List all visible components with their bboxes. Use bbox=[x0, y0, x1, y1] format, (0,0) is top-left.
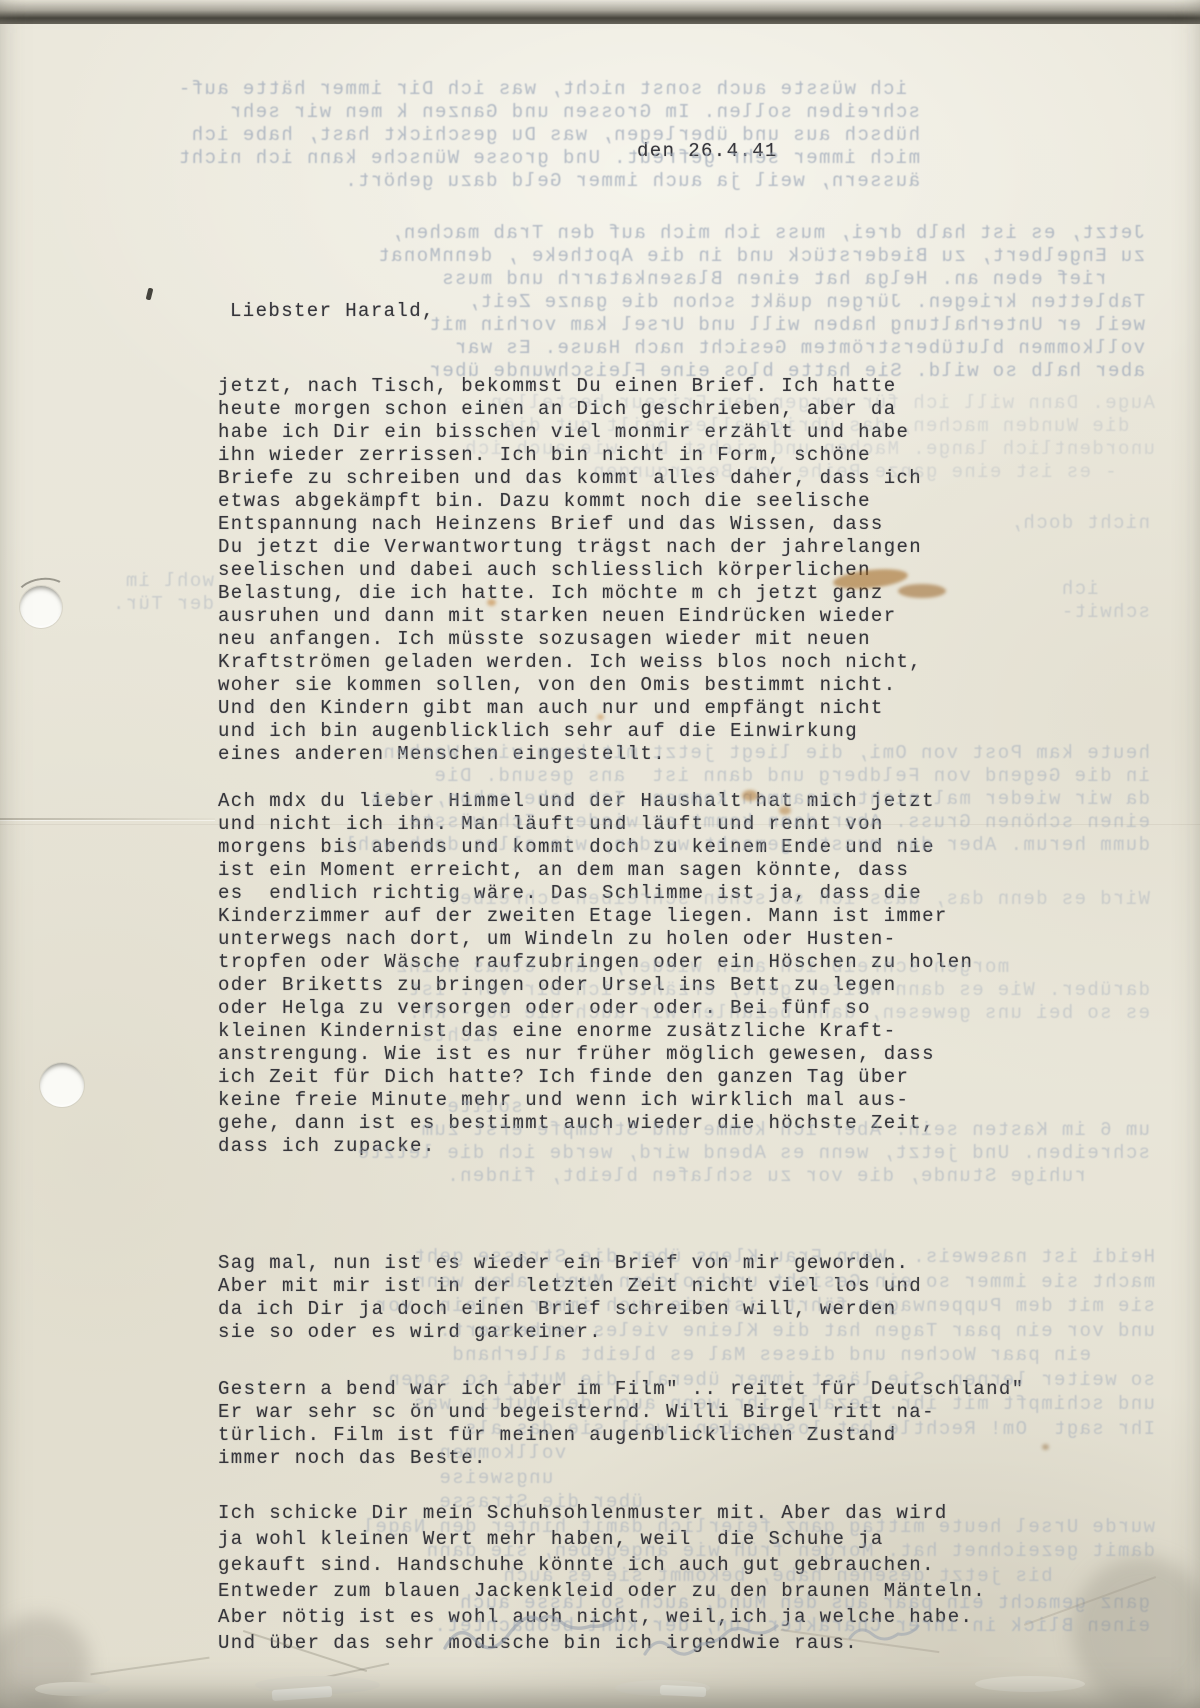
bleedthrough-block-5: wohl imder Tür. bbox=[84, 570, 214, 616]
letter-line: aber halb so wild. Sie hatte blos eine F… bbox=[60, 360, 1145, 383]
letter-line: schreiben. Und jetzt, wenn es Abend wird… bbox=[220, 1142, 1150, 1165]
letter-line: macht sie immer so ein Gesicht und solch… bbox=[215, 1270, 1155, 1295]
bleedthrough-block-7: heute kam Post von Omi, die liegt jetzt … bbox=[58, 742, 1150, 857]
letter-line: um 6 im Kasten sein. Aber ich komme und … bbox=[220, 1119, 1150, 1142]
bleedthrough-block-3: Auge. Dann will ich für morgen den Frise… bbox=[210, 392, 1155, 484]
rust-stain-dot-3 bbox=[487, 599, 496, 606]
letter-line: ungsweise bbox=[215, 1466, 1155, 1491]
letter-line: Kraftströmen geladen werden. Ich weiss b… bbox=[218, 651, 922, 674]
bleedthrough-block-10: sollteum 6 im Kasten sein. Aber ich komm… bbox=[220, 1096, 1150, 1188]
letter-line: woher sie kommen sollen, von den Omis be… bbox=[218, 674, 922, 697]
letter-line: dumm herum. Aber das musste gemacht werd… bbox=[58, 834, 1150, 857]
letter-line: Auge. Dann will ich für morgen den Frise… bbox=[210, 392, 1155, 415]
rust-stain-dot-2 bbox=[779, 806, 791, 815]
letter-line: und vor ein paar Tagen hat die Kleine vi… bbox=[215, 1319, 1155, 1344]
letter-line: die Wunden machen, das übrige alles heil… bbox=[210, 415, 1155, 438]
letter-line: schreiben sollen. Im Grossen und Ganzen … bbox=[80, 101, 920, 124]
letter-line: morgen schreib ich auch wieder, dann etw… bbox=[300, 956, 1150, 979]
letter-line: Und den Kindern gibt man auch nur und em… bbox=[218, 697, 922, 720]
letter-line: Tabletten kriegen. Jürgen quäkt schon di… bbox=[60, 291, 1145, 314]
bleedthrough-block-1: ich wüsste auch sonst nicht, was ich Dir… bbox=[80, 78, 920, 193]
letter-line: seelischen und dabei auch schliesslich k… bbox=[218, 559, 922, 582]
letter-line: neu anfangen. Ich müsste sozusagen wiede… bbox=[218, 628, 922, 651]
letter-line: unordentlich lange. Machen und siehst Du… bbox=[210, 438, 1155, 461]
letter-line: vollkommen bbox=[215, 1441, 1155, 1466]
letter-line: nichts bbox=[300, 1025, 1150, 1048]
letter-line: mich immer sehr gefreut. Und grosse Wüns… bbox=[80, 147, 920, 170]
letter-line: wurde Ursel heute mittag ganz feierlich … bbox=[215, 1515, 1155, 1540]
letter-line: und ich bin augenblicklich sehr auf die … bbox=[218, 720, 922, 743]
letter-line: so weiter lernen. Sie lässt immer überal… bbox=[215, 1368, 1155, 1393]
letter-line: es so bei uns gewesen, dann bezahlen wir… bbox=[300, 1002, 1150, 1025]
letter-line: etwas abgekämpft bin. Dazu kommt noch di… bbox=[218, 490, 922, 513]
paper-bump-4 bbox=[975, 1676, 1085, 1692]
letter-line: Du jetzt die Verwantwortung trägst nach … bbox=[218, 536, 922, 559]
letter-line: Heidi ist naseweis. Wenn Frau Kleps über… bbox=[215, 1245, 1155, 1270]
letter-line: rief eben an. Helga hat einen Blasenkata… bbox=[60, 268, 1145, 291]
rust-stain-dot-1 bbox=[742, 790, 758, 801]
letter-line: sie mit dem Puppenwagen fährt, ist sie a… bbox=[215, 1294, 1155, 1319]
letter-line: weil er Unterhaltung haben will und Urse… bbox=[60, 314, 1145, 337]
letter-line: Jetzt, es ist halb drei, muss ich mich a… bbox=[60, 222, 1145, 245]
letter-line: bis jetzt gesehen habe, bekommt sie es a… bbox=[215, 1564, 1155, 1589]
letter-line: damit gezeichnet hat. Morgen früh wie an… bbox=[215, 1539, 1155, 1564]
bleedthrough-block-8: Wird es denn das, dass ich so schön schr… bbox=[320, 888, 1150, 911]
letter-line: Entspannung nach Heinzens Brief und das … bbox=[218, 513, 922, 536]
hole-punch-bottom bbox=[40, 1063, 84, 1107]
letter-line: ein paar Wochen und dieses Mal es bleibt… bbox=[215, 1343, 1155, 1368]
letter-line: - es ist eine ganze Reihe von Besorgunge… bbox=[210, 461, 1155, 484]
bottom-crease-5 bbox=[90, 1657, 209, 1676]
letter-line: Belastung, die ich hatte. Ich möchte m c… bbox=[218, 582, 922, 605]
handwriting-bleed-signature bbox=[430, 1602, 950, 1672]
paper-bump-3 bbox=[35, 1682, 110, 1696]
rust-stain-large-2 bbox=[898, 584, 946, 598]
letter-scan-page: den 26.4.41 Liebster Harald, jetzt, nach… bbox=[0, 0, 1200, 1708]
letter-line: über die Strasse bbox=[215, 1490, 1155, 1515]
letter-line: unterwegs nach dort, um Windeln zu holen… bbox=[218, 928, 973, 951]
letter-line: Wird es denn das, dass ich so schön schr… bbox=[320, 888, 1150, 911]
letter-line: hübsch aus und überlegen, was Du geschic… bbox=[80, 124, 920, 147]
letter-line: ich wüsste auch sonst nicht, was ich Dir… bbox=[80, 78, 920, 101]
letter-line: schwit- bbox=[1010, 601, 1150, 624]
letter-line: nicht doch, bbox=[965, 512, 1150, 535]
letter-line: darüber. Wie es dann weiter geht, erzähl… bbox=[300, 979, 1150, 1002]
letter-line: ausruhen und dann mit starken neuen Eind… bbox=[218, 605, 922, 628]
letter-line: äussern, weil ja auch immer Geld dazu ge… bbox=[80, 170, 920, 193]
bleedthrough-block-2: Jetzt, es ist halb drei, muss ich mich a… bbox=[60, 222, 1145, 383]
letter-line: ist ein Moment erreicht, an dem man sage… bbox=[218, 859, 973, 882]
crumple-shading-right bbox=[1072, 1556, 1200, 1706]
bleedthrough-block-9: morgen schreib ich auch wieder, dann etw… bbox=[300, 956, 1150, 1048]
letter-line: sollte bbox=[220, 1096, 1150, 1119]
letter-line: der Tür. bbox=[84, 593, 214, 616]
letter-line: da wir wieder mal nicht zusammen kommen.… bbox=[58, 788, 1150, 811]
rust-stain-dot-4 bbox=[597, 714, 604, 720]
letter-line: vollkommen blutüberströmtem Gesicht nach… bbox=[60, 337, 1145, 360]
bleedthrough-block-6: ichschwit- bbox=[1010, 578, 1150, 624]
letter-line: und schimpft mit ihr. Bezahlt ihr wenn a… bbox=[215, 1392, 1155, 1417]
letter-line: zu Engelbert, zu Biederstück und in die … bbox=[60, 245, 1145, 268]
letter-line: ruhige Stunde, die vor zu schlafen bleib… bbox=[220, 1165, 1150, 1188]
bleedthrough-block-11: Heidi ist naseweis. Wenn Frau Kleps über… bbox=[215, 1245, 1155, 1588]
letter-line: wohl im bbox=[84, 570, 214, 593]
bleedthrough-block-4: nicht doch, bbox=[965, 512, 1150, 535]
letter-line: heute kam Post von Omi, die liegt jetzt … bbox=[58, 742, 1150, 765]
letter-line: ich bbox=[1010, 578, 1150, 601]
letter-line: Ihr sagt Om! Rechtle hat losgegeben, wei… bbox=[215, 1417, 1155, 1442]
letter-line: in die Gegend von Feldberg und dann ist … bbox=[58, 765, 1150, 788]
letter-line: einen schönen Gruss. Aber dann kommt er … bbox=[58, 811, 1150, 834]
bottom-edge-shadow bbox=[0, 0, 1200, 24]
rust-stain-dot-5 bbox=[1042, 1444, 1049, 1450]
letter-line: ich Zeit für Dich hatte? Ich finde den g… bbox=[218, 1066, 973, 1089]
